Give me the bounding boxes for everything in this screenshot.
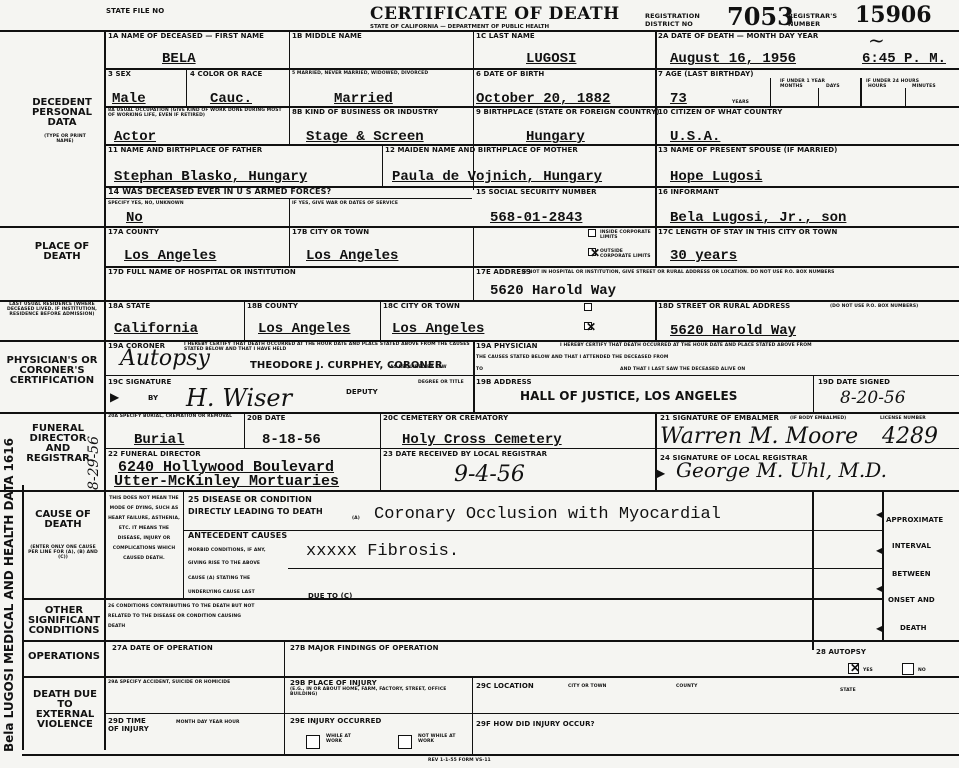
f18a-label: 18a STATE [108,302,150,310]
f19a-physician-to: TO [476,367,483,372]
f22-value-line2: Utter-McKinley Mortuaries [114,474,339,489]
f8b-label: 8b KIND OF BUSINESS OR INDUSTRY [292,108,438,116]
f19c-degree-label: DEGREE OR TITLE [418,380,464,385]
f22-label: 22 FUNERAL DIRECTOR [108,450,201,458]
section-other-conditions: OTHER SIGNIFICANT CONDITIONS [28,606,100,636]
f18a-value: California [114,322,198,337]
f20c-value: Holy Cross Cemetery [402,433,562,448]
f3-label: 3 SEX [108,70,131,78]
f15-value: 568-01-2843 [490,211,582,226]
f12-label: 12 MAIDEN NAME AND BIRTHPLACE OF MOTHER [385,146,578,154]
grid-line [244,412,245,448]
f6-value: October 20, 1882 [476,92,610,107]
section-physician: PHYSICIAN'S OR CORONER'S CERTIFICATION [2,356,102,386]
section-decedent-note: (TYPE OR PRINT NAME) [40,134,90,144]
f19c-by-label: BY [148,394,158,402]
f19b-address-value: HALL OF JUSTICE, LOS ANGELES [520,389,738,403]
while-at-work-label: WHILE AT WORK [326,734,366,744]
f2b-value: 6:45 P. M. [862,52,946,67]
f20a-value: Burial [134,433,184,448]
f29b-label: 29b PLACE OF INJURY [290,679,377,687]
f14-sub2: IF YES, GIVE WAR OR DATES OF SERVICE [292,201,398,206]
f21-value: Warren M. Moore [660,424,858,449]
grid-line [244,300,245,340]
grid-line [812,490,814,650]
f1b-label: 1b MIDDLE NAME [292,32,362,40]
f20c-label: 20c CEMETERY OR CREMATORY [383,414,508,422]
grid-line [818,88,819,106]
interval-arrow-icon: ◀ [876,510,882,519]
f23-label: 23 DATE RECEIVED BY LOCAL REGISTRAR [383,450,547,458]
f27b-label: 27b MAJOR FINDINGS OF OPERATION [290,644,439,652]
f17e-value: 5620 Harold Way [490,284,616,299]
f19a-physician-label: 19a PHYSICIAN [476,342,538,350]
grid-line [905,88,906,106]
grid-line [380,412,381,448]
f19d-label: 19d DATE SIGNED [818,378,890,386]
f24-value: George M. Uhl, M.D. [676,458,887,482]
hour-handwritten: ~ [868,28,885,52]
grid-line [882,490,884,640]
section-operations: OPERATIONS [28,652,100,662]
f6-label: 6 DATE OF BIRTH [476,70,544,78]
vertical-stamp: Bela LUGOSI MEDICAL AND HEALTH DATA 1616 [2,438,16,752]
not-while-at-work-label: NOT WHILE AT WORK [418,734,458,744]
f1a-value: BELA [162,52,196,67]
f25-antecedent-note4: UNDERLYING CAUSE LAST [188,590,255,595]
f21-note: (IF BODY EMBALMED) [790,416,846,421]
f27a-label: 27a DATE OF OPERATION [112,644,213,652]
f19b-address-label: 19b ADDRESS [476,378,532,386]
f25-due-to-c: DUE TO (c) [308,592,352,600]
f20a-label: 20a SPECIFY BURIAL, CREMATION OR REMOVAL [108,414,238,419]
f10-label: 10 CITIZEN OF WHAT COUNTRY [658,108,782,116]
f4-value: Cauc. [210,92,252,107]
autopsy-yes-checkbox[interactable] [848,663,859,674]
f26-label: 26 CONDITIONS CONTRIBUTING TO THE DEATH … [108,602,258,632]
section-place-of-death: PLACE OF DEATH [20,242,104,262]
f19a-coroner-cert: I HEREBY CERTIFY THAT DEATH OCCURRED AT … [184,342,470,352]
f8a-label: 8a USUAL OCCUPATION (GIVE KIND OF WORK D… [108,108,286,118]
f18d-value: 5620 Harold Way [670,324,796,339]
grid-line [22,640,959,642]
f25-value-b: xxxxx Fibrosis. [306,544,459,559]
f1a-label: 1a NAME OF DECEASED — FIRST NAME [108,32,264,40]
f29f-label: 29f HOW DID INJURY OCCUR? [476,720,595,728]
f25-antecedent-note3: CAUSE (a) STATING THE [188,576,250,581]
section-last-residence: LAST USUAL RESIDENCE (WHERE DECEASED LIV… [2,302,102,317]
grid-line [655,300,657,340]
f17b-value: Los Angeles [306,249,398,264]
f21-license-label: LICENSE NUMBER [880,416,926,421]
grid-line [860,78,862,106]
f17-inside-limits-checkbox[interactable] [588,229,596,237]
f8b-value: Stage & Screen [306,130,424,145]
grid-line [473,266,474,300]
f18b-label: 18b COUNTY [247,302,298,310]
arrow-icon: ▶ [110,390,119,404]
arrow-icon: ▶ [656,466,665,480]
f5-value: Married [334,92,393,107]
grid-line [289,30,290,68]
f7-months: MONTHS [780,84,803,89]
f17-outside-limits-checkbox[interactable] [588,248,596,256]
registrars-number: 15906 [855,2,932,28]
grid-line [22,598,882,600]
f19a-physician-line2: THE CAUSES STATED BELOW AND THAT I ATTEN… [476,355,668,360]
interval-arrow-icon: ◀ [876,624,882,633]
while-at-work-checkbox[interactable] [306,735,320,749]
f29d-label: 29d TIME OF INJURY [108,717,156,733]
f19a-coroner-cert2: AS REQUIRED BY LAW [390,365,447,370]
grid-line [22,754,959,756]
grid-line [813,375,814,412]
f17c-label: 17c LENGTH OF STAY IN THIS CITY OR TOWN [658,228,837,236]
grid-line [22,676,959,678]
grid-line [770,78,771,106]
certificate-title: CERTIFICATE OF DEATH [370,4,620,24]
f29c-county: COUNTY [676,684,697,689]
f5-label: 5 MARRIED, NEVER MARRIED, WIDOWED, DIVOR… [292,71,472,76]
f29b-note: (e.g., IN OR ABOUT HOME, FARM, FACTORY, … [290,687,470,697]
f16-label: 16 INFORMANT [658,188,719,196]
f1c-value: LUGOSI [526,52,576,67]
f10-value: U.S.A. [670,130,720,145]
f29d-cols: MONTH DAY YEAR HOUR [176,720,240,725]
f29c-city: CITY OR TOWN [568,684,607,689]
f21-license: 4289 [882,424,938,449]
registrars-number-label: REGISTRAR'S NUMBER [788,12,852,28]
f17b-label: 17b CITY OR TOWN [292,228,369,236]
death-certificate: STATE FILE NO CERTIFICATE OF DEATH STATE… [0,0,959,768]
f1c-label: 1c LAST NAME [476,32,535,40]
f4-label: 4 COLOR OR RACE [190,70,262,78]
f25-antecedent-note2: GIVING RISE TO THE ABOVE [188,561,260,566]
interval-label-5: DEATH [900,624,927,632]
autopsy-yes-label: YES [863,668,873,673]
grid-line [473,375,959,376]
grid-line [0,490,959,492]
f29c-label: 29c LOCATION [476,682,534,690]
autopsy-no-label: NO [918,668,926,673]
f16-value: Bela Lugosi, Jr., son [670,211,846,226]
f29c-state: STATE [840,688,856,693]
interval-arrow-icon: ◀ [876,546,882,555]
f8a-value: Actor [114,130,156,145]
grid-line [655,412,657,492]
f20b-value: 8-18-56 [262,433,321,448]
f18c-value: Los Angeles [392,322,484,337]
f29e-label: 29e INJURY OCCURRED [290,717,381,725]
grid-line [104,198,472,199]
f25-label-line2: DIRECTLY LEADING TO DEATH [188,508,323,516]
grid-line [183,490,184,598]
f28-label: 28 AUTOPSY [816,648,866,656]
grid-line [473,226,474,266]
interval-label-2: INTERVAL [892,542,931,550]
f25-antecedent-note1: MORBID CONDITIONS, IF ANY, [188,548,266,553]
f3-value: Male [112,92,146,107]
f18d-note: (DO NOT USE P.O. BOX NUMBERS) [830,304,918,309]
f14-label: 14 WAS DECEASED EVER IN U S ARMED FORCES… [108,188,331,196]
f14-sub1: SPECIFY YES, NO, UNKNOWN [108,201,184,206]
interval-label-1: APPROXIMATE [886,516,943,524]
f9-value: Hungary [526,130,585,145]
f7-days: DAYS [826,84,840,89]
form-number: REV 1-1-55 FORM VS-11 [428,758,491,763]
f11-value: Stephan Blasko, Hungary [114,170,307,185]
section-cause-note: (ENTER ONLY ONE CAUSE PER LINE FOR (a), … [28,545,98,560]
f29a-label: 29a SPECIFY ACCIDENT, SUICIDE OR HOMICID… [108,680,230,685]
interval-label-3: BETWEEN [892,570,931,578]
grid-line [288,568,883,569]
f17a-label: 17a COUNTY [108,228,159,236]
f14-value: No [126,211,143,226]
f18-inside-limits-checkbox[interactable] [584,322,592,330]
f7-hours: HOURS [868,84,886,89]
section-external-violence: DEATH DUE TO EXTERNAL VIOLENCE [30,690,100,730]
f25-antecedent: ANTECEDENT CAUSES [188,532,287,540]
f19a-physician-cert: I HEREBY CERTIFY THAT DEATH OCCURRED AT … [560,343,812,348]
grid-line [289,226,290,266]
grid-line [22,485,24,750]
f18b-value: Los Angeles [258,322,350,337]
f19d-value: 8-20-56 [840,388,906,408]
f19c-deputy: DEPUTY [346,388,378,396]
f18-outside-limits-checkbox[interactable] [584,303,592,311]
f7-minutes: MINUTES [912,84,936,89]
interval-label-4: ONSET AND [888,596,935,604]
f19a-physician-line3: AND THAT I LAST SAW THE DECEASED ALIVE O… [620,367,745,372]
interval-arrow-icon: ◀ [876,584,882,593]
grid-line [104,375,473,376]
margin-handwritten-date: 8-29-56 [86,436,102,490]
f13-label: 13 NAME OF PRESENT SPOUSE (IF MARRIED) [658,146,837,154]
autopsy-no-checkbox[interactable] [902,663,914,675]
f13-value: Hope Lugosi [670,170,762,185]
f20b-label: 20b DATE [247,414,286,422]
f25-value-a: Coronary Occlusion with Myocardial [374,507,721,522]
grid-line [186,68,187,106]
registration-district-label: REGISTRATION DISTRICT NO [645,12,717,28]
f18d-label: 18d STREET OR RURAL ADDRESS [658,302,790,310]
f15-label: 15 SOCIAL SECURITY NUMBER [476,188,597,196]
f17-inside-label: INSIDE CORPORATE LIMITS [600,230,652,240]
state-file-no-label: STATE FILE NO [106,7,164,15]
f19c-signature-label: 19c SIGNATURE [108,378,171,386]
f21-label: 21 SIGNATURE OF EMBALMER [660,414,779,422]
f17d-label: 17d FULL NAME OF HOSPITAL OR INSTITUTION [108,268,296,276]
grid-line [472,676,473,755]
grid-line [183,530,883,531]
grid-line [289,68,290,106]
f25-part-a: (a) [352,516,360,521]
f17-outside-label: OUTSIDE CORPORATE LIMITS [600,249,652,259]
f18c-label: 18c CITY OR TOWN [383,302,460,310]
f7-unit: YEARS [732,100,749,105]
f7-value: 73 [670,92,687,107]
f25-label-line1: 25 DISEASE OR CONDITION [188,496,312,504]
grid-line [473,30,474,190]
grid-line [104,713,959,714]
f7-label: 7 AGE (LAST BIRTHDAY) [658,70,754,78]
f12-value: Paula de Vojnich, Hungary [392,170,602,185]
not-while-at-work-checkbox[interactable] [398,735,412,749]
f9-label: 9 BIRTHPLACE (STATE OR FOREIGN COUNTRY) [476,108,660,116]
grid-line [473,340,475,412]
grid-line [382,144,383,186]
f17a-value: Los Angeles [124,249,216,264]
grid-line [380,300,381,340]
f11-label: 11 NAME AND BIRTHPLACE OF FATHER [108,146,262,154]
f2a-label: 2a DATE OF DEATH — MONTH DAY YEAR [658,32,818,40]
grid-line [289,106,290,144]
f23-value: 9-4-56 [454,462,525,487]
grid-line [104,30,106,750]
grid-line [289,198,290,226]
f19c-signature-value: H. Wiser [186,384,292,412]
f19a-coroner-value: Autopsy [120,346,210,371]
grid-line [380,448,381,490]
f25-side-note: THIS DOES NOT MEAN THE MODE OF DYING, SU… [108,494,180,564]
f17e-note: IF NOT IN HOSPITAL OR INSTITUTION, GIVE … [522,270,835,275]
section-cause: CAUSE OF DEATH [28,510,98,530]
f17c-value: 30 years [670,249,737,264]
section-decedent: DECEDENT PERSONAL DATA [20,98,104,128]
registration-district-no: 7053 [727,2,794,31]
f2a-value: August 16, 1956 [670,52,796,67]
grid-line [284,640,285,755]
